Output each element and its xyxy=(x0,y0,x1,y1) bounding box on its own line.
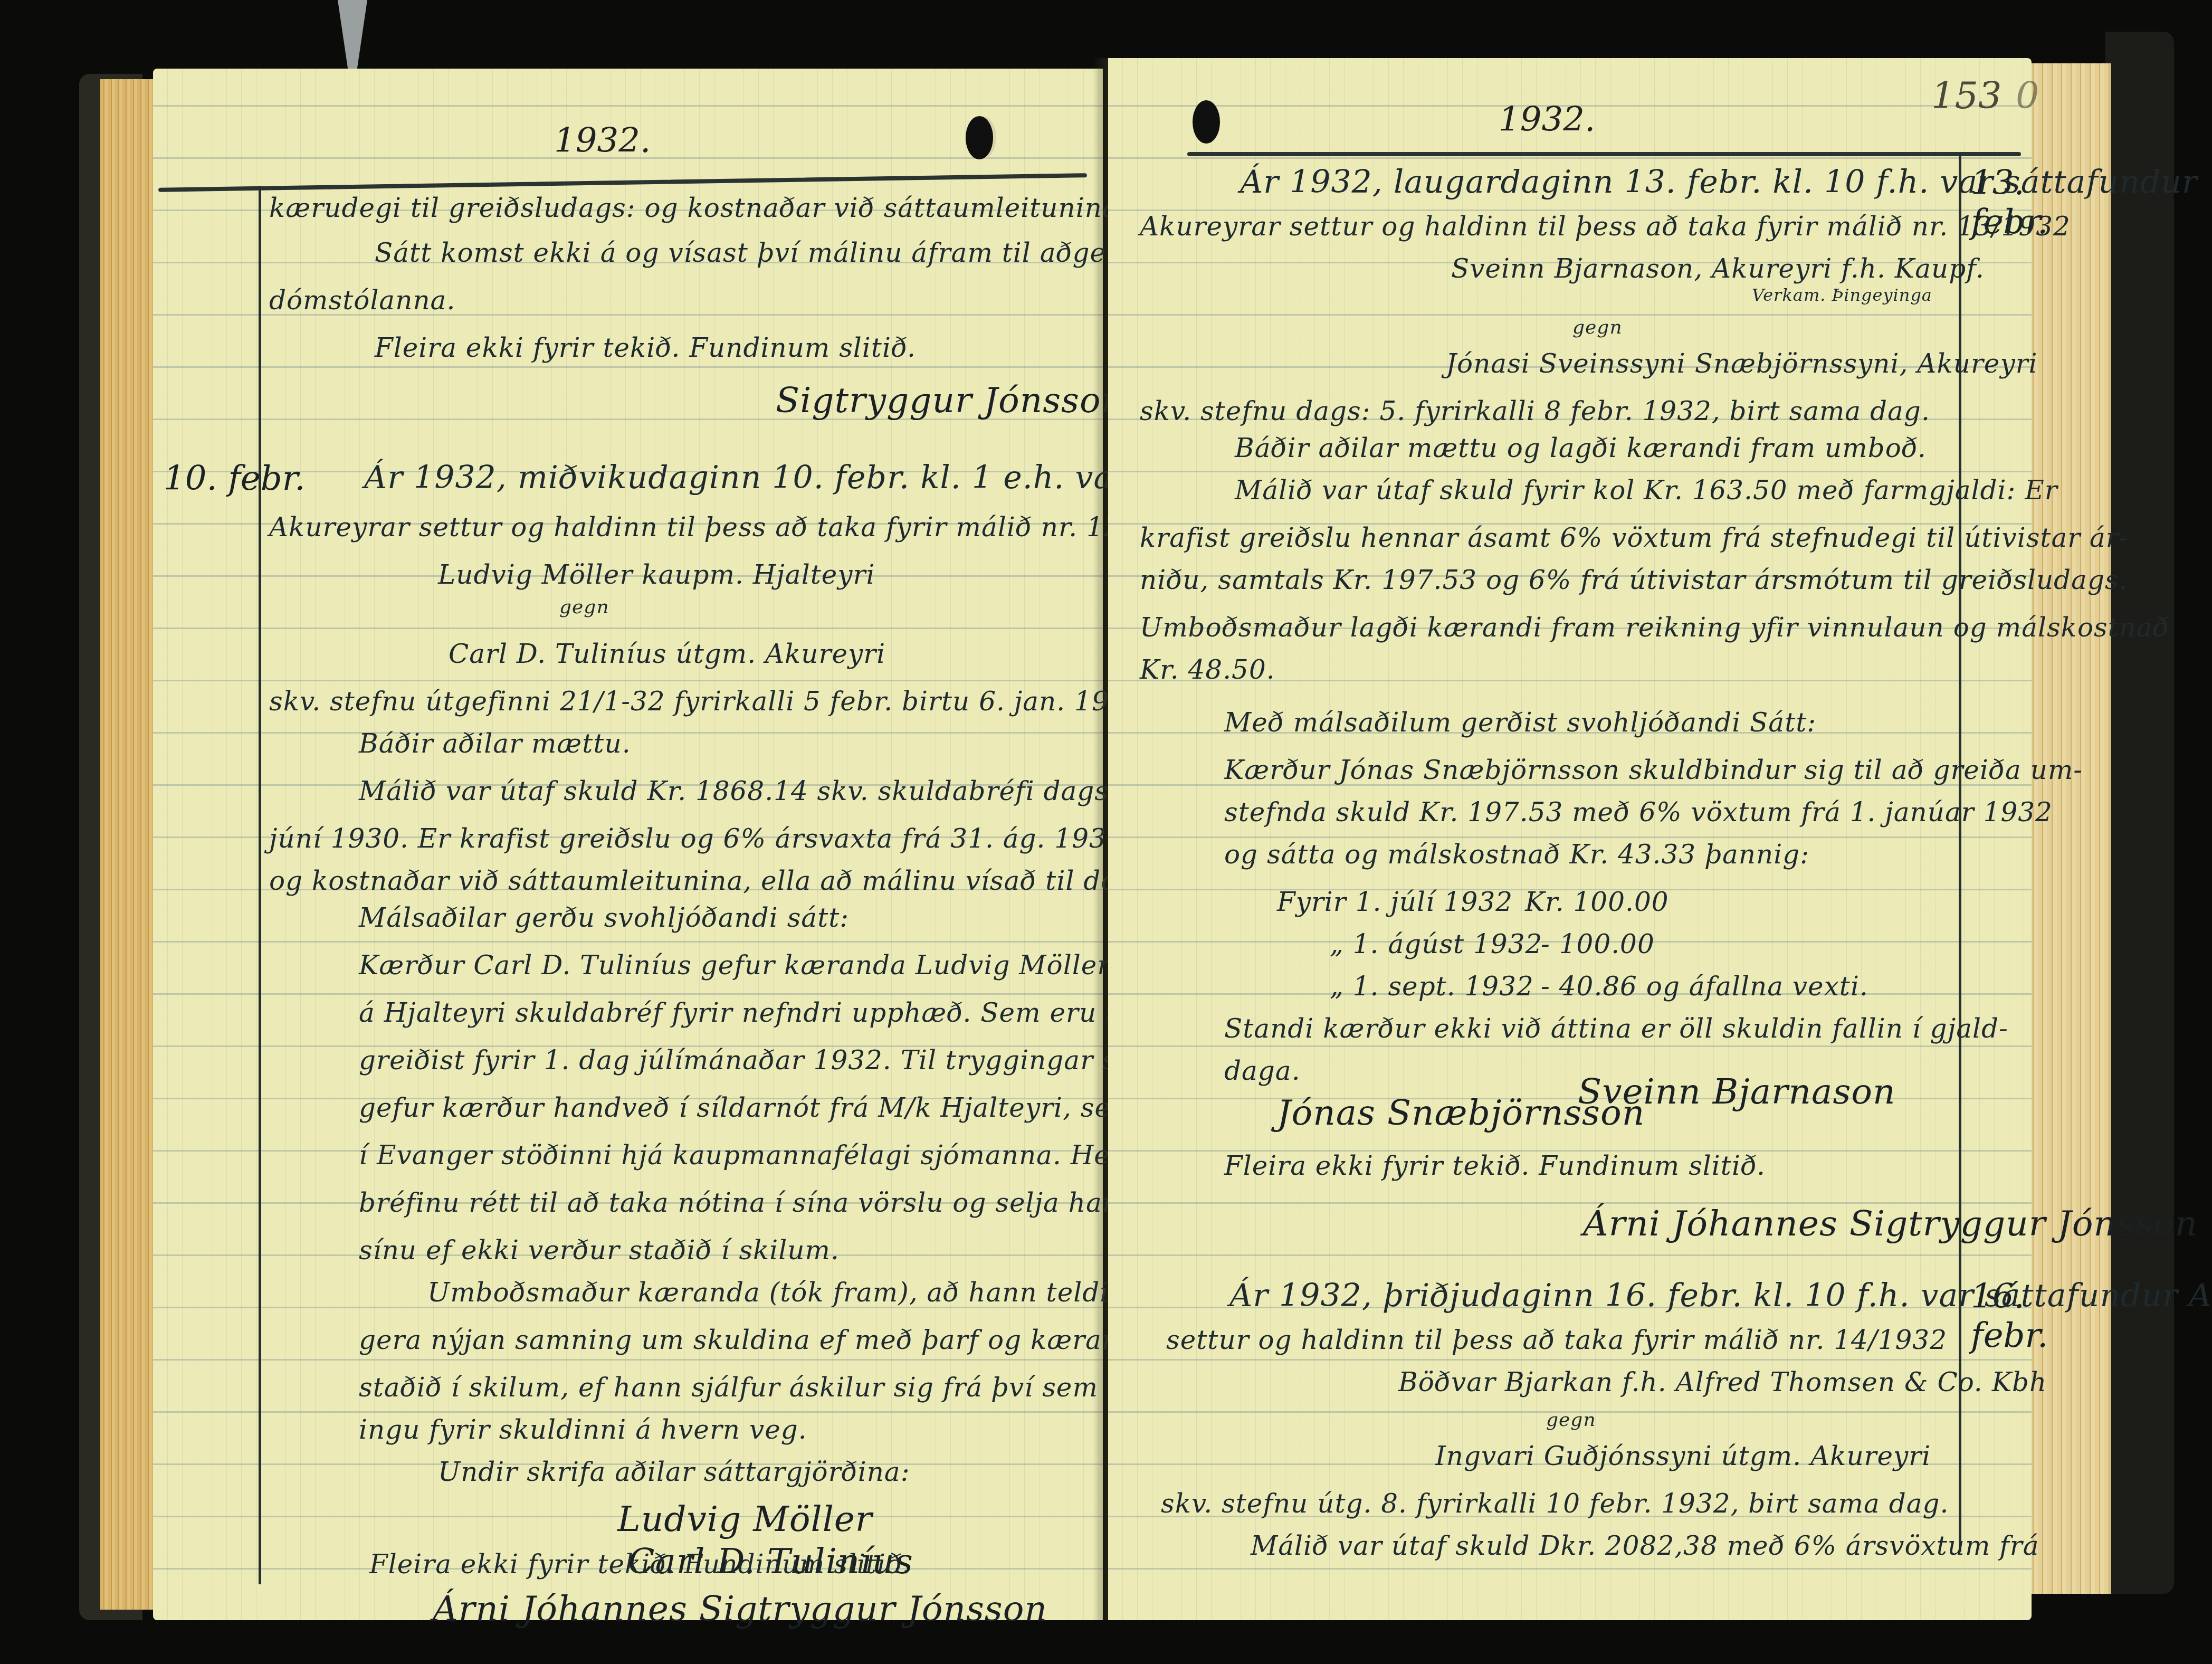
text-line: skv. stefnu útg. 8. fyrirkalli 10 febr. … xyxy=(1161,1488,1949,1519)
payment-label: „ 1. ágúst 1932 xyxy=(1330,929,1542,959)
page-edges-left xyxy=(100,79,158,1610)
text-line: Akureyrar settur og haldinn til þess að … xyxy=(1140,211,2071,242)
text-line: stefnda skuld Kr. 197.53 með 6% vöxtum f… xyxy=(1224,797,2053,828)
text-line: dómstólanna. xyxy=(269,285,455,316)
text-line: Undir skrifa aðilar sáttargjörðina: xyxy=(438,1457,910,1487)
margin-date: 10. febr. xyxy=(164,459,306,498)
text-line: Málið var útaf skuld Kr. 1868.14 skv. sk… xyxy=(359,776,1170,806)
right-page: 153 0 1932. 13. febr. Ár 1932, laugardag… xyxy=(1108,58,2032,1620)
text-line: krafist greiðslu hennar ásamt 6% vöxtum … xyxy=(1140,522,2129,553)
year-header-left: 1932. xyxy=(554,121,651,160)
text-line: Carl D. Tuliníus útgm. Akureyri xyxy=(449,639,885,669)
text-line: Ár 1932, þriðjudaginn 16. febr. kl. 10 f… xyxy=(1229,1277,2212,1314)
closing-text: Fleira ekki fyrir tekið. Fundinum slitið… xyxy=(1224,1150,1766,1181)
text-line: og sátta og málskostnað Kr. 43.33 þannig… xyxy=(1224,839,1809,870)
text-line: Ludvig Möller kaupm. Hjalteyri xyxy=(438,559,875,590)
text-line: og kostnaðar við sáttaumleitunina, ella … xyxy=(269,866,1166,896)
text-line: Sátt komst ekki á og vísast því málinu á… xyxy=(375,237,1152,268)
text-line: Kr. 48.50. xyxy=(1140,654,1275,685)
text-line: gegn xyxy=(1546,1409,1596,1431)
text-line: Akureyrar settur og haldinn til þess að … xyxy=(269,512,1200,543)
text-line: Málsaðilar gerðu svohljóðandi sátt: xyxy=(359,902,849,933)
punch-hole-left xyxy=(966,116,993,159)
text-line: daga. xyxy=(1224,1056,1301,1086)
text-line: Með málsaðilum gerðist svohljóðandi Sátt… xyxy=(1224,707,1816,738)
text-line: Báðir aðilar mættu. xyxy=(359,728,631,759)
text-line: sínu ef ekki verður staðið í skilum. xyxy=(359,1235,840,1266)
signature: Sveinn Bjarnason xyxy=(1578,1071,1896,1112)
book-cover-right xyxy=(2105,32,2174,1594)
payment-amount: - 100.00 xyxy=(1541,929,1655,959)
page-number: 153 xyxy=(1931,74,2002,117)
signature: Ludvig Möller xyxy=(617,1499,872,1539)
payment-amount: - 40.86 og áfallna vexti. xyxy=(1541,971,1868,1002)
text-line: Málið var útaf skuld Dkr. 2082,38 með 6%… xyxy=(1251,1530,2039,1561)
payment-amount: Kr. 100.00 xyxy=(1525,887,1669,917)
text-line: gegn xyxy=(559,596,609,618)
margin-rule-left xyxy=(259,186,261,1584)
text-line: Ár 1932, laugardaginn 13. febr. kl. 10 f… xyxy=(1240,164,2198,201)
text-line: gegn xyxy=(1572,317,1623,338)
text-line: skv. stefnu dags: 5. fyrirkalli 8 febr. … xyxy=(1140,396,1930,426)
text-line: Fleira ekki fyrir tekið. Fundinum slitið… xyxy=(375,332,916,363)
closing-text: Fleira ekki fyrir tekið. Fundinum slitið… xyxy=(369,1549,911,1580)
payment-label: Fyrir 1. júlí 1932 xyxy=(1277,887,1513,917)
text-line: kærudegi til greiðsludags: og kostnaðar … xyxy=(269,193,1128,223)
signature: Sigtryggur Jónsson xyxy=(776,380,1124,421)
text-line: Sveinn Bjarnason, Akureyri f.h. Kaupf. xyxy=(1451,253,1985,284)
text-line: Verkam. Þingeyinga xyxy=(1752,285,1932,305)
closing-signature: Árni Jóhannes Sigtryggur Jónsson xyxy=(433,1589,1047,1629)
text-line: niðu, samtals Kr. 197.53 og 6% frá útivi… xyxy=(1140,565,2128,595)
text-line: settur og haldinn til þess að taka fyrir… xyxy=(1166,1325,1947,1355)
punch-hole-right xyxy=(1193,100,1220,144)
text-line: Málið var útaf skuld fyrir kol Kr. 163.5… xyxy=(1235,475,2058,506)
left-page: 1932. kærudegi til greiðsludags: og kost… xyxy=(153,69,1103,1620)
text-line: Ingvari Guðjónssyni útgm. Akureyri xyxy=(1435,1441,1931,1471)
text-line: Báðir aðilar mættu og lagði kærandi fram… xyxy=(1235,433,1927,463)
text-line: Standi kærður ekki við áttina er öll sku… xyxy=(1224,1013,2008,1044)
text-line: Böðvar Bjarkan f.h. Alfred Thomsen & Co.… xyxy=(1398,1367,2047,1397)
text-line: Kærður Jónas Snæbjörnsson skuldbindur si… xyxy=(1224,755,2083,785)
page-number-faint: 0 xyxy=(2016,74,2039,117)
header-rule-right xyxy=(1187,152,2021,156)
payment-label: „ 1. sept. 1932 xyxy=(1330,971,1534,1002)
closing-signature: Árni Jóhannes Sigtryggur Jónsson xyxy=(1583,1203,2198,1244)
text-line: Umboðsmaður lagði kærandi fram reikning … xyxy=(1140,612,2169,643)
header-rule-left xyxy=(158,173,1087,192)
text-line: skv. stefnu útgefinni 21/1-32 fyrirkalli… xyxy=(269,686,1143,717)
year-header-right: 1932. xyxy=(1499,100,1595,139)
text-line: Jónasi Sveinssyni Snæbjörnssyni, Akureyr… xyxy=(1446,348,2038,379)
text-line: ingu fyrir skuldinni á hvern veg. xyxy=(359,1414,807,1445)
